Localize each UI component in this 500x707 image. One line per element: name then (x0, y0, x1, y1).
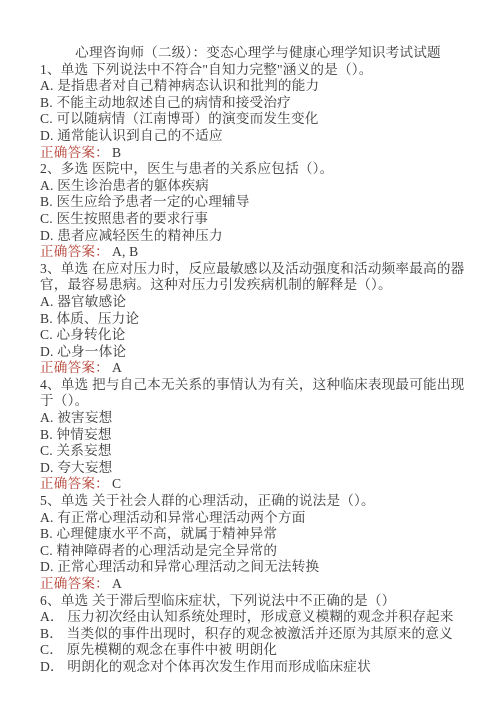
answer-value: C (109, 476, 121, 491)
question-option: B. 医生应给予患者一定的心理辅导 (40, 194, 476, 211)
question-option: D. 通常能认识到自己的不适应 (40, 128, 476, 145)
answer-value: B (109, 145, 121, 160)
answer-row: 正确答案：C (40, 476, 476, 493)
question-option: D． 明朗化的观念对个体再次发生作用而形成临床症状 (40, 659, 476, 676)
question-stem: 3、单选 在应对压力时，反应最敏感以及活动强度和活动频率最高的器官，最容易患病。… (40, 261, 476, 294)
question-option: C. 医生按照患者的要求行事 (40, 211, 476, 228)
answer-row: 正确答案：B (40, 145, 476, 162)
question-stem: 2、多选 医院中，医生与患者的关系应包括（）。 (40, 161, 476, 178)
question-option: A. 有正常心理活动和异常心理活动两个方面 (40, 510, 476, 527)
question-stem: 6、单选 关于滞后型临床症状，下列说法中不正确的是（） (40, 593, 476, 610)
answer-value: A (109, 576, 122, 591)
answer-row: 正确答案：A, B (40, 244, 476, 261)
answer-value: A (109, 360, 122, 375)
answer-row: 正确答案：A (40, 576, 476, 593)
answer-label: 正确答案： (40, 145, 109, 160)
question-option: B. 不能主动地叙述自己的病情和接受治疗 (40, 95, 476, 112)
question-option: A. 被害妄想 (40, 410, 476, 427)
exam-document: 心理咨询师（二级）：变态心理学与健康心理学知识考试试题 1、单选 下列说法中不符… (0, 0, 500, 707)
question-block-2: 2、多选 医院中，医生与患者的关系应包括（）。 A. 医生诊治患者的躯体疾病 B… (40, 161, 476, 261)
page-title: 心理咨询师（二级）：变态心理学与健康心理学知识考试试题 (40, 45, 476, 62)
question-option: D. 夸大妄想 (40, 460, 476, 477)
question-option: A. 医生诊治患者的躯体疾病 (40, 178, 476, 195)
answer-row: 正确答案：A (40, 360, 476, 377)
question-option: B. 钟情妄想 (40, 427, 476, 444)
question-option: C. 可以随病情（江南博哥）的演变而发生变化 (40, 111, 476, 128)
answer-label: 正确答案： (40, 476, 109, 491)
question-block-3: 3、单选 在应对压力时，反应最敏感以及活动强度和活动频率最高的器官，最容易患病。… (40, 261, 476, 377)
question-option: C． 原先模糊的观念在事件中被 明朗化 (40, 642, 476, 659)
question-option: A. 是指患者对自己精神病态认识和批判的能力 (40, 78, 476, 95)
question-option: B. 心理健康水平不高，就属于精神异常 (40, 526, 476, 543)
question-option: C. 精神障碍者的心理活动是完全异常的 (40, 543, 476, 560)
question-block-5: 5、单选 关于社会人群的心理活动，正确的说法是（）。 A. 有正常心理活动和异常… (40, 493, 476, 593)
question-stem: 1、单选 下列说法中不符合"自知力完整"涵义的是（）。 (40, 62, 476, 79)
question-block-1: 1、单选 下列说法中不符合"自知力完整"涵义的是（）。 A. 是指患者对自己精神… (40, 62, 476, 162)
question-option: C. 心身转化论 (40, 327, 476, 344)
answer-label: 正确答案： (40, 244, 109, 259)
question-stem: 5、单选 关于社会人群的心理活动，正确的说法是（）。 (40, 493, 476, 510)
answer-value: A, B (109, 244, 138, 259)
question-option: A. 器官敏感论 (40, 294, 476, 311)
answer-label: 正确答案： (40, 576, 109, 591)
question-option: D. 心身一体论 (40, 344, 476, 361)
question-option: A． 压力初次经由认知系统处理时，形成意义模糊的观念并积存起来 (40, 609, 476, 626)
answer-label: 正确答案： (40, 360, 109, 375)
question-block-6: 6、单选 关于滞后型临床症状，下列说法中不正确的是（） A． 压力初次经由认知系… (40, 593, 476, 676)
question-option: B. 体质、压力论 (40, 311, 476, 328)
question-stem: 4、单选 把与自己本无关系的事情认为有关，这种临床表现最可能出现于（）。 (40, 377, 476, 410)
question-block-4: 4、单选 把与自己本无关系的事情认为有关，这种临床表现最可能出现于（）。 A. … (40, 377, 476, 493)
question-option: B． 当类似的事件出现时，积存的观念被激活并还原为其原来的意义 (40, 626, 476, 643)
question-option: D. 患者应减轻医生的精神压力 (40, 228, 476, 245)
question-option: C. 关系妄想 (40, 443, 476, 460)
question-option: D. 正常心理活动和异常心理活动之间无法转换 (40, 559, 476, 576)
